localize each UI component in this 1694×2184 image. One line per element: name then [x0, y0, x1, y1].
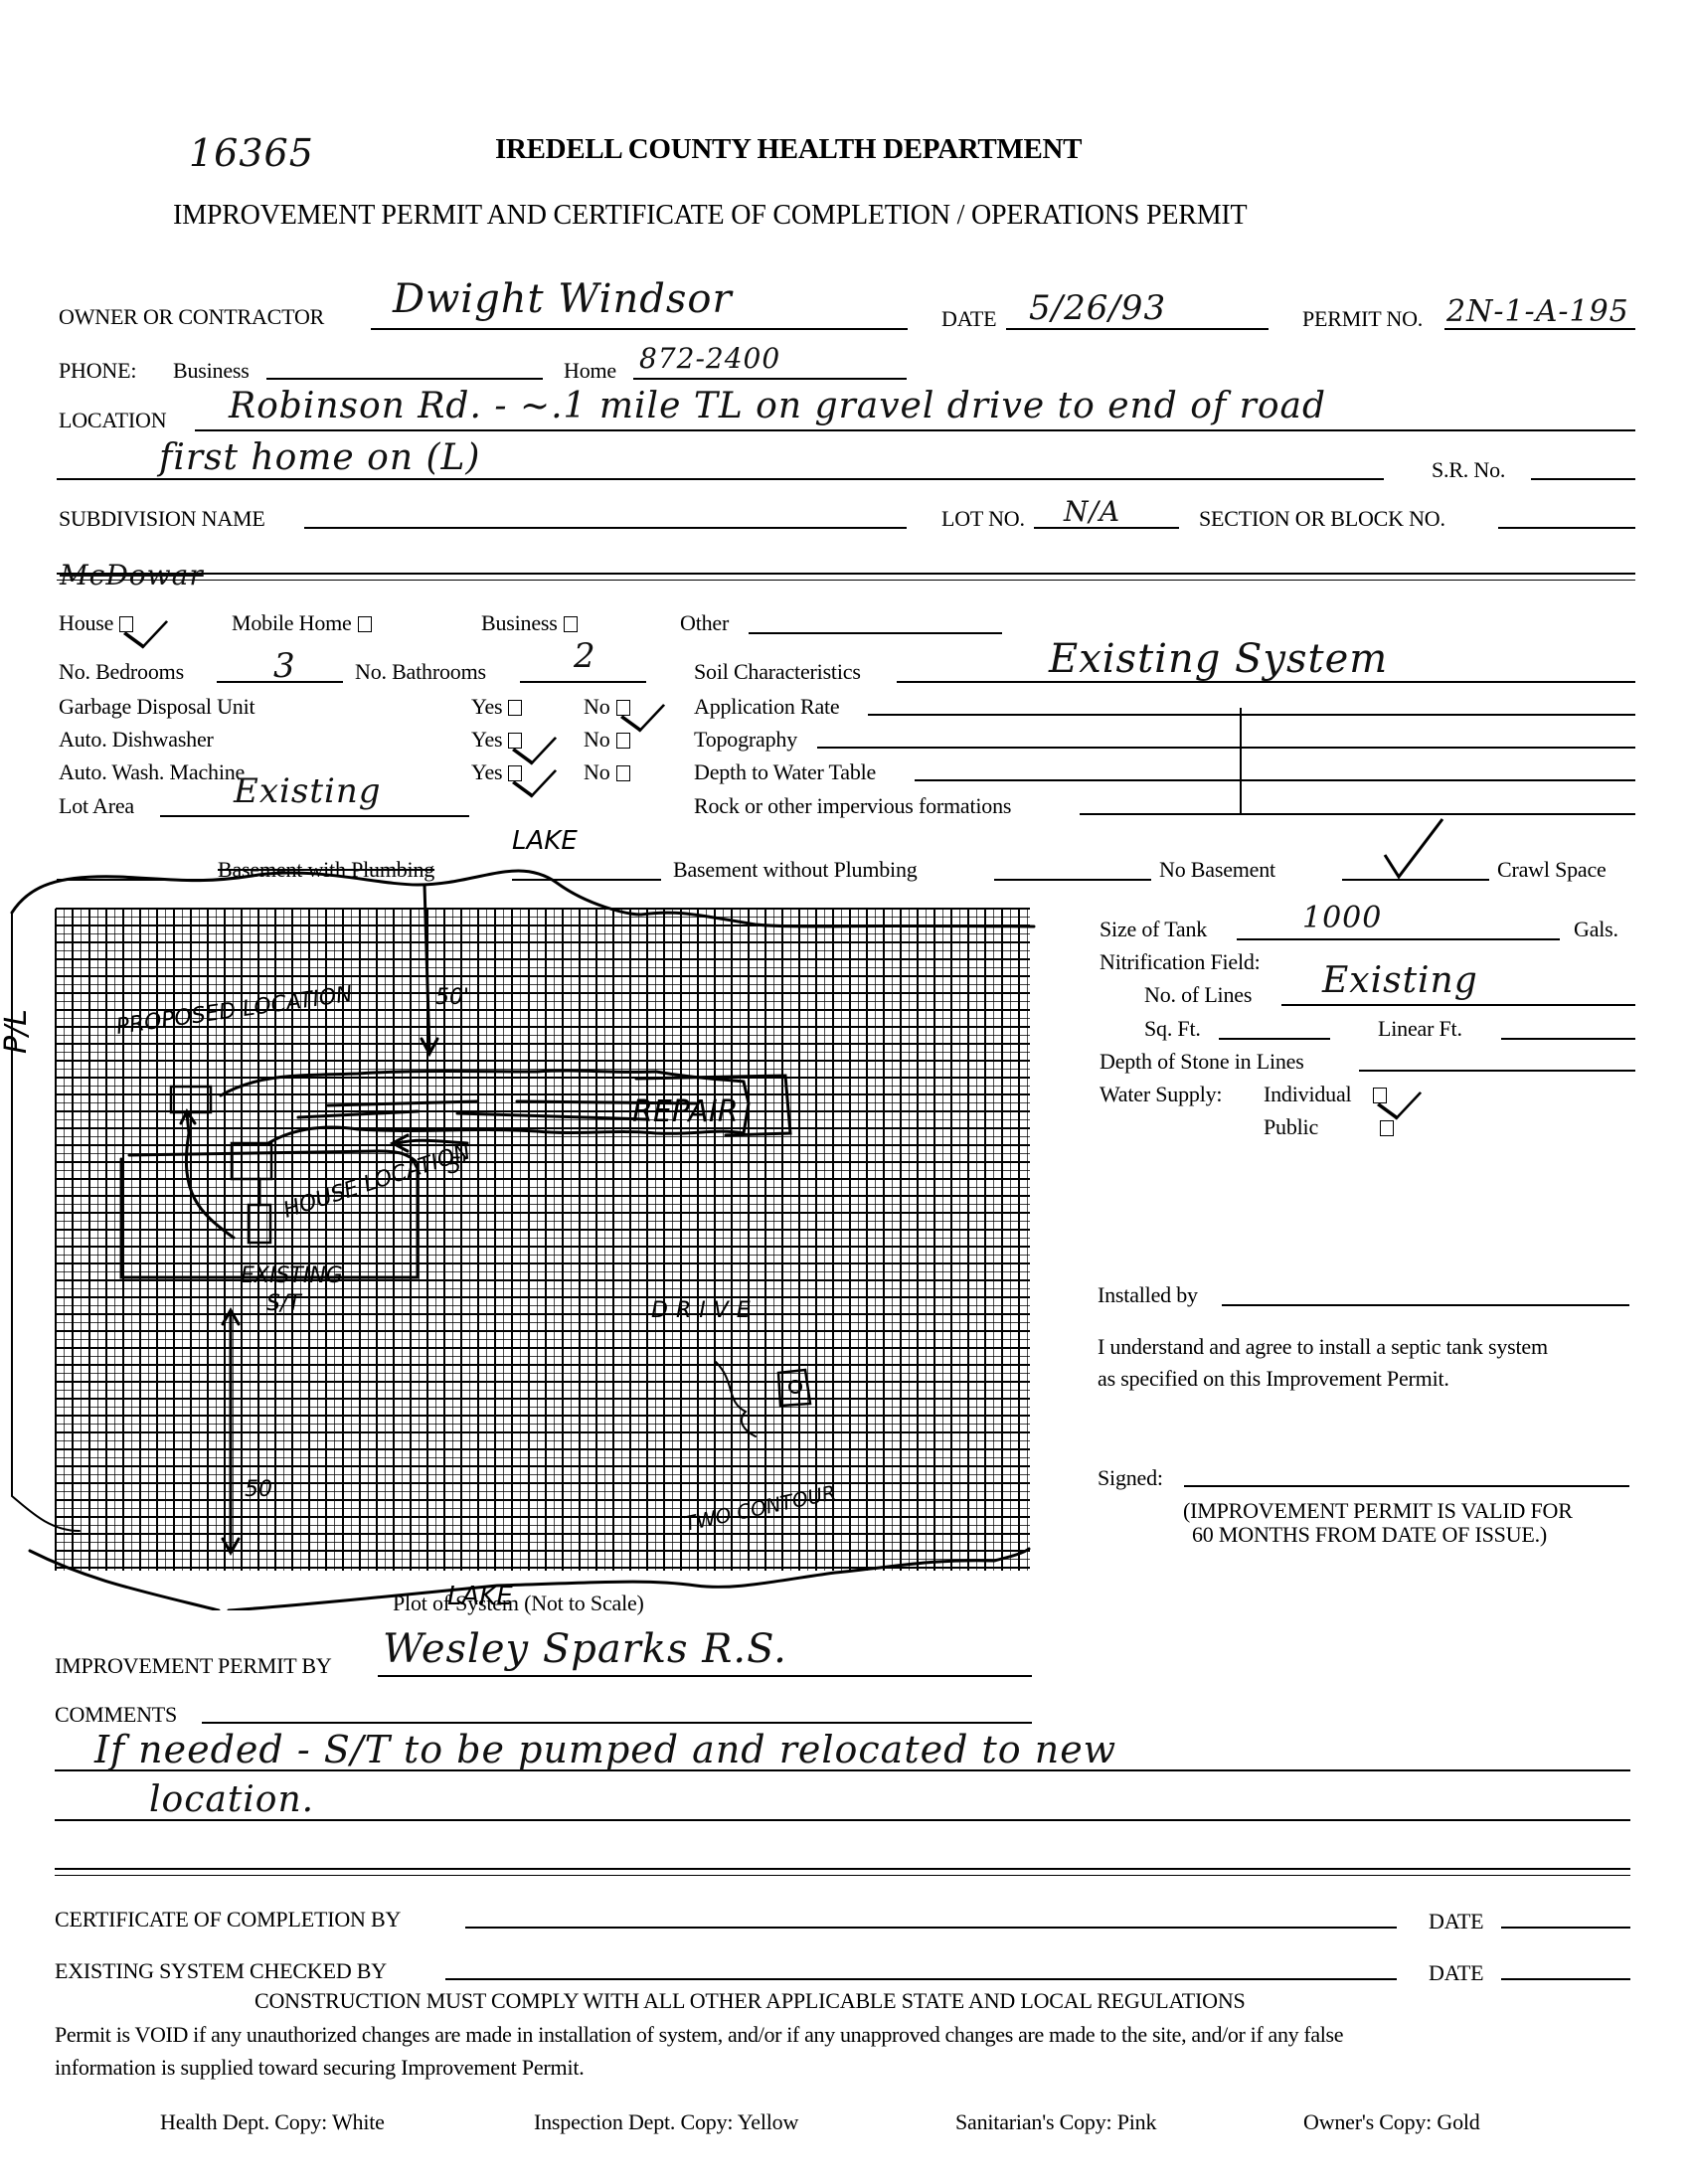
existing-system-field[interactable]: [445, 1978, 1397, 1980]
wash-machine-no-checkbox[interactable]: [616, 765, 630, 781]
water-individual[interactable]: Individual: [1264, 1082, 1387, 1107]
soil-characteristics-value: Existing System: [1049, 636, 1388, 682]
no-basement-label: No Basement: [1159, 857, 1275, 883]
comments-label: COMMENTS: [55, 1702, 177, 1728]
owner-label: OWNER OR CONTRACTOR: [59, 304, 324, 330]
permit-no-label: PERMIT NO.: [1302, 306, 1423, 332]
copy-sanitarian: Sanitarian's Copy: Pink: [955, 2109, 1156, 2135]
existing-date-label: DATE: [1429, 1960, 1483, 1986]
agreement-line-2: as specified on this Improvement Permit.: [1098, 1366, 1449, 1392]
dishwasher-yes-checkbox[interactable]: [508, 733, 522, 749]
copy-health-dept: Health Dept. Copy: White: [160, 2109, 385, 2135]
existing-system-label: EXISTING SYSTEM CHECKED BY: [55, 1958, 387, 1984]
bathrooms-field[interactable]: [520, 681, 646, 683]
plot-caption: Plot of System (Not to Scale): [393, 1591, 644, 1616]
installed-by-field[interactable]: [1222, 1304, 1629, 1306]
section-divider-2: [57, 580, 1635, 581]
department-title: IREDELL COUNTY HEALTH DEPARTMENT: [495, 133, 1082, 166]
house-checkbox[interactable]: [119, 616, 133, 632]
yes-label: Yes: [471, 759, 502, 784]
comments-field-0[interactable]: [202, 1722, 1032, 1724]
phone-label: PHONE:: [59, 358, 136, 384]
sq-ft-label: Sq. Ft.: [1144, 1016, 1201, 1042]
business-label: Business: [481, 610, 558, 635]
location-label: LOCATION: [59, 408, 166, 433]
comments-line-1: If needed - S/T to be pumped and relocat…: [94, 1728, 1116, 1771]
water-public[interactable]: Public: [1264, 1114, 1394, 1140]
no-label: No: [584, 759, 610, 784]
plot-of-system-sketch: LAKE LAKE: [0, 815, 1054, 1610]
other-field[interactable]: [749, 632, 1002, 634]
yes-label: Yes: [471, 694, 502, 719]
certificate-completion-label: CERTIFICATE OF COMPLETION BY: [55, 1907, 401, 1932]
installed-by-label: Installed by: [1098, 1282, 1198, 1308]
phone-home-label: Home: [564, 358, 616, 384]
permit-by-field[interactable]: [378, 1675, 1032, 1677]
location-field-2[interactable]: [57, 478, 1384, 480]
location-field-1[interactable]: [195, 429, 1635, 431]
date-value: 5/26/93: [1029, 288, 1166, 328]
phone-home-value: 872-2400: [639, 342, 780, 375]
void-notice-line-1: Permit is VOID if any unauthorized chang…: [55, 2022, 1343, 2048]
tank-size-value: 1000: [1302, 901, 1382, 935]
section-label: SECTION OR BLOCK NO.: [1199, 506, 1445, 532]
garbage-yes-checkbox[interactable]: [508, 700, 522, 716]
stone-depth-label: Depth of Stone in Lines: [1100, 1049, 1304, 1075]
no-of-lines-field[interactable]: [1281, 1004, 1635, 1006]
form-title: IMPROVEMENT PERMIT AND CERTIFICATE OF CO…: [173, 200, 1247, 232]
tank-unit: Gals.: [1574, 917, 1618, 942]
subdivision-field[interactable]: [304, 527, 907, 529]
garbage-yes[interactable]: Yes: [471, 694, 522, 720]
water-public-checkbox[interactable]: [1380, 1120, 1394, 1136]
section-divider: [57, 573, 1635, 575]
no-label: No: [584, 694, 610, 719]
water-supply-label: Water Supply:: [1100, 1082, 1222, 1107]
rock-formations-field[interactable]: [1080, 813, 1635, 815]
copy-owner: Owner's Copy: Gold: [1303, 2109, 1480, 2135]
graph-paper-grid: [56, 909, 1030, 1571]
dishwasher-no[interactable]: No: [584, 727, 630, 753]
owner-value: Dwight Windsor: [393, 276, 733, 322]
mobile-home-checkbox[interactable]: [358, 616, 372, 632]
water-individual-label: Individual: [1264, 1082, 1351, 1106]
nitrification-field-label: Nitrification Field:: [1100, 949, 1261, 975]
property-type-house[interactable]: House: [59, 610, 133, 636]
linear-ft-field[interactable]: [1501, 1038, 1635, 1040]
crawl-space-label: Crawl Space: [1497, 857, 1607, 883]
owner-field[interactable]: [371, 328, 908, 330]
bedrooms-value: 3: [273, 646, 296, 686]
ditto-line: [1240, 708, 1242, 815]
appliance-label-wash-machine: Auto. Wash. Machine: [59, 759, 245, 785]
no-of-lines-value: Existing: [1322, 960, 1478, 1001]
certificate-date-field[interactable]: [1501, 1927, 1630, 1929]
tank-size-field[interactable]: [1237, 938, 1560, 940]
subdivision-label: SUBDIVISION NAME: [59, 506, 265, 532]
stone-depth-field[interactable]: [1359, 1070, 1635, 1072]
sr-no-field[interactable]: [1531, 478, 1635, 480]
crawl-space-checkmark-icon: [1377, 815, 1456, 885]
appliance-label-dishwasher: Auto. Dishwasher: [59, 727, 214, 753]
lake-top-label: LAKE: [512, 826, 578, 856]
location-line-2: first home on (L): [159, 437, 480, 478]
no-label: No: [584, 727, 610, 752]
topography-label: Topography: [694, 727, 797, 753]
existing-date-field[interactable]: [1501, 1978, 1630, 1980]
lot-no-label: LOT NO.: [941, 506, 1025, 532]
date-field[interactable]: [1006, 328, 1269, 330]
compliance-notice: CONSTRUCTION MUST COMPLY WITH ALL OTHER …: [254, 1988, 1246, 2014]
void-notice-line-2: information is supplied toward securing …: [55, 2055, 585, 2081]
water-table-label: Depth to Water Table: [694, 759, 876, 785]
yes-label: Yes: [471, 727, 502, 752]
water-table-field[interactable]: [915, 779, 1635, 781]
permit-by-label: IMPROVEMENT PERMIT BY: [55, 1653, 332, 1679]
completion-divider: [55, 1868, 1630, 1870]
completion-divider-2: [55, 1875, 1630, 1876]
tank-size-label: Size of Tank: [1100, 917, 1207, 942]
wash-machine-yes-checkbox[interactable]: [508, 765, 522, 781]
sr-no-label: S.R. No.: [1432, 457, 1505, 483]
wash-machine-no[interactable]: No: [584, 759, 630, 785]
property-type-business[interactable]: Business: [481, 610, 578, 636]
house-label: House: [59, 610, 113, 635]
water-public-label: Public: [1264, 1114, 1318, 1139]
phone-business-label: Business: [173, 358, 250, 384]
validity-line-1: (IMPROVEMENT PERMIT IS VALID FOR: [1183, 1498, 1573, 1524]
business-checkbox[interactable]: [564, 616, 578, 632]
bedrooms-label: No. Bedrooms: [59, 659, 184, 685]
phone-home-field[interactable]: [633, 378, 907, 380]
section-field[interactable]: [1498, 527, 1635, 529]
property-type-mobile-home[interactable]: Mobile Home: [232, 610, 372, 636]
certificate-date-label: DATE: [1429, 1909, 1483, 1934]
topography-field[interactable]: [817, 747, 1635, 749]
no-of-lines-label: No. of Lines: [1144, 982, 1252, 1008]
agreement-line-1: I understand and agree to install a sept…: [1098, 1334, 1548, 1360]
permit-by-value: Wesley Sparks R.S.: [383, 1626, 787, 1672]
application-rate-label: Application Rate: [694, 694, 839, 720]
bathrooms-value: 2: [574, 636, 596, 676]
garbage-no[interactable]: No: [584, 694, 630, 720]
permit-no-value: 2N-1-A-195: [1446, 294, 1629, 329]
comments-line-2: location.: [149, 1779, 314, 1820]
wash-machine-yes[interactable]: Yes: [471, 759, 522, 785]
dishwasher-yes[interactable]: Yes: [471, 727, 522, 753]
soil-characteristics-label: Soil Characteristics: [694, 659, 861, 685]
other-label: Other: [680, 610, 729, 636]
lot-no-value: N/A: [1064, 495, 1120, 528]
lot-area-value: Existing: [234, 771, 382, 811]
date-label: DATE: [941, 306, 996, 332]
certificate-completion-field[interactable]: [465, 1927, 1397, 1929]
linear-ft-label: Linear Ft.: [1378, 1016, 1462, 1042]
location-line-1: Robinson Rd. - ~.1 mile TL on gravel dri…: [229, 386, 1326, 426]
phone-business-field[interactable]: [266, 378, 543, 380]
sq-ft-field[interactable]: [1219, 1038, 1330, 1040]
application-rate-field[interactable]: [868, 714, 1635, 716]
file-number: 16365: [189, 131, 314, 175]
validity-line-2: 60 MONTHS FROM DATE OF ISSUE.): [1192, 1522, 1547, 1548]
dishwasher-no-checkbox[interactable]: [616, 733, 630, 749]
copy-inspection-dept: Inspection Dept. Copy: Yellow: [534, 2109, 798, 2135]
signature-field[interactable]: [1184, 1485, 1629, 1487]
mobile-home-label: Mobile Home: [232, 610, 352, 635]
garbage-no-checkbox[interactable]: [616, 700, 630, 716]
struck-out-note: McDowar: [60, 559, 204, 591]
appliance-label-garbage: Garbage Disposal Unit: [59, 694, 254, 720]
water-individual-checkbox[interactable]: [1373, 1088, 1387, 1103]
bathrooms-label: No. Bathrooms: [355, 659, 486, 685]
signed-label: Signed:: [1098, 1465, 1163, 1491]
